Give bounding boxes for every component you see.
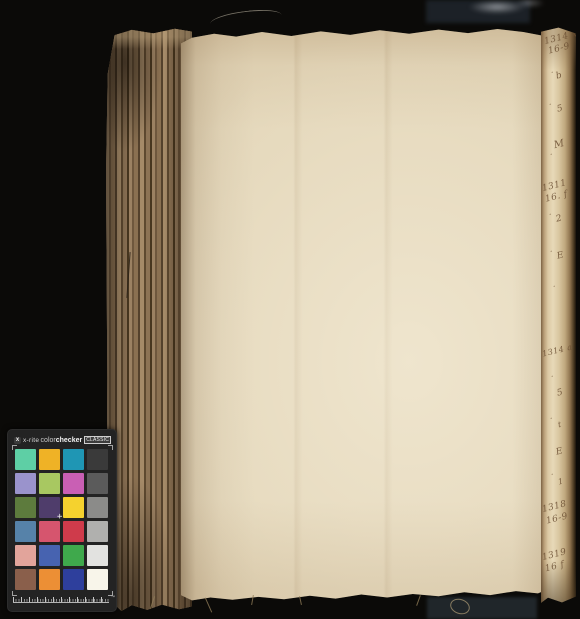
color-patch bbox=[39, 449, 60, 470]
xrite-brand-label: x-rite bbox=[23, 437, 39, 444]
color-patch bbox=[15, 473, 36, 494]
color-patch bbox=[87, 545, 108, 566]
trademark-symbol: ™ bbox=[111, 596, 115, 600]
color-patch bbox=[87, 497, 108, 518]
colorchecker-header: x x-rite color checker CLASSIC bbox=[14, 434, 111, 446]
frayed-thread bbox=[205, 597, 212, 612]
handwriting-fragment: · bbox=[549, 247, 554, 256]
loose-fiber bbox=[209, 7, 283, 33]
color-patch bbox=[63, 473, 84, 494]
color-patch bbox=[15, 545, 36, 566]
photo-stage: 1314 x16-9·b·5M·131116. f·2·E·1314 a·5·t… bbox=[0, 0, 580, 619]
product-name-light: color bbox=[41, 437, 56, 444]
facing-page-strip: 1314 x16-9·b·5M·131116. f·2·E·1314 a·5·t… bbox=[541, 23, 576, 607]
color-patch bbox=[87, 569, 108, 590]
handwriting-fragment: 1 bbox=[557, 476, 565, 486]
handwriting-fragment: · bbox=[548, 210, 553, 219]
color-patch bbox=[63, 545, 84, 566]
color-patch bbox=[39, 473, 60, 494]
color-patch bbox=[39, 569, 60, 590]
frayed-thread bbox=[416, 595, 421, 606]
classic-badge: CLASSIC bbox=[84, 436, 111, 444]
handwriting-fragment: 16 f bbox=[544, 560, 565, 574]
handwriting-fragment: · bbox=[548, 100, 553, 109]
color-patch bbox=[87, 473, 108, 494]
handwriting-fragment: · bbox=[550, 372, 555, 381]
color-patch bbox=[15, 521, 36, 542]
colorchecker-card: x x-rite color checker CLASSIC + ™ bbox=[7, 429, 117, 612]
handwriting-fragment: · bbox=[549, 150, 554, 159]
ruler-scale bbox=[13, 597, 109, 603]
registration-mark bbox=[108, 445, 113, 450]
xrite-logo-icon: x bbox=[14, 437, 21, 444]
color-patch bbox=[15, 569, 36, 590]
color-patch bbox=[39, 545, 60, 566]
handwriting-fragment: · bbox=[549, 414, 554, 423]
handwriting-fragment: 5 bbox=[556, 103, 564, 114]
handwriting-fragment: b bbox=[555, 70, 563, 81]
handwriting-fragment: 5 bbox=[556, 387, 564, 398]
blank-manuscript-page bbox=[181, 25, 549, 605]
color-patch bbox=[39, 521, 60, 542]
frayed-thread bbox=[251, 595, 254, 605]
color-patch bbox=[87, 521, 108, 542]
handwriting-fragment: · bbox=[550, 470, 555, 479]
handwriting-fragment: t bbox=[557, 420, 563, 430]
handwriting-fragment: E bbox=[556, 250, 565, 261]
handwriting-fragment: 1314 a bbox=[541, 342, 573, 358]
color-patch bbox=[63, 497, 84, 518]
color-patch bbox=[15, 497, 36, 518]
book-page-edge-stack bbox=[106, 27, 192, 611]
center-cross-mark: + bbox=[57, 512, 62, 522]
color-patch bbox=[63, 569, 84, 590]
product-name-bold: checker bbox=[56, 437, 82, 444]
handwriting-fragment: · bbox=[552, 282, 557, 291]
frayed-thread bbox=[299, 596, 302, 605]
handwriting-fragment: E bbox=[555, 446, 564, 457]
registration-mark bbox=[12, 591, 17, 596]
xrite-brand: x x-rite bbox=[14, 437, 39, 444]
color-patch bbox=[63, 449, 84, 470]
handwriting-fragment: 2 bbox=[555, 213, 563, 224]
color-patch bbox=[63, 521, 84, 542]
dust-smudge bbox=[515, 0, 545, 8]
handwriting-fragment: 16-9 bbox=[545, 511, 569, 526]
handwriting-fragment: M bbox=[553, 138, 566, 151]
colorchecker-product: color checker CLASSIC bbox=[41, 436, 111, 444]
color-patch bbox=[15, 449, 36, 470]
color-patch bbox=[87, 449, 108, 470]
background-shadow-bottom bbox=[427, 597, 537, 619]
